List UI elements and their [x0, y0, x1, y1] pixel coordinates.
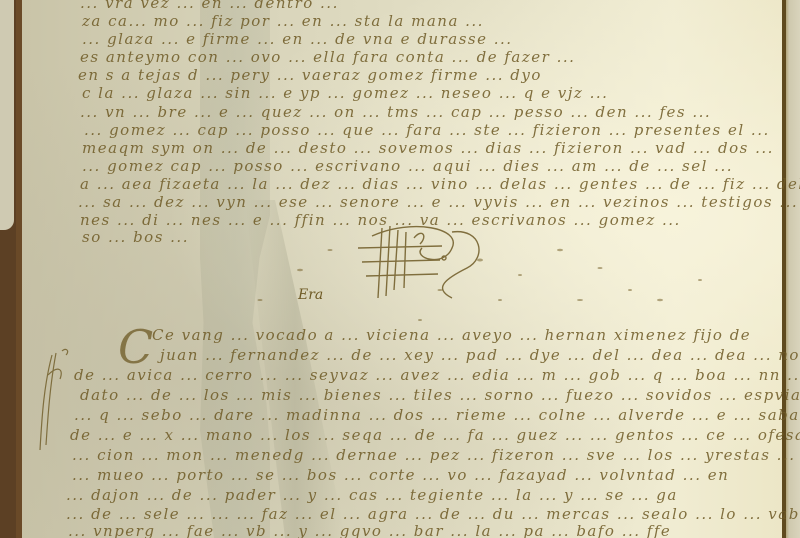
manuscript-line: ... vra vez ... en ... dentro ...	[80, 0, 339, 12]
manuscript-line: Ce vang ... vocado a ... viciena ... ave…	[152, 326, 751, 344]
section-heading: Era	[298, 287, 323, 303]
manuscript-line: ... mueo ... porto ... se ... bos ... co…	[72, 466, 729, 484]
manuscript-line: ... dajon ... de ... pader ... y ... cas…	[66, 486, 678, 504]
manuscript-line: en s a tejas d ... pery ... vaeraz gomez…	[78, 66, 542, 84]
marginal-flourish-icon	[34, 345, 74, 455]
manuscript-line: ... gomez ... cap ... posso ... que ... …	[84, 121, 770, 139]
manuscript-line: ... vnperg ... fae ... vb ... y ... gqvo…	[68, 522, 671, 538]
manuscript-line: ... gomez cap ... posso ... escrivano ..…	[82, 157, 733, 175]
notarial-signum-icon	[352, 218, 492, 308]
manuscript-line: so ... bos ...	[82, 228, 189, 246]
manuscript-line: ... de ... sele ... ... ... faz ... el .…	[66, 505, 800, 523]
manuscript-line: ... vn ... bre ... e ... quez ... on ...…	[80, 103, 711, 121]
manuscript-line: a ... aea fizaeta ... la ... dez ... dia…	[80, 175, 800, 193]
manuscript-line: es anteymo con ... ovo ... ella fara con…	[80, 48, 575, 66]
manuscript-line: ... sa ... dez ... vyn ... ese ... senor…	[78, 193, 798, 211]
manuscript-line: ... cion ... mon ... menedg ... dernae .…	[72, 446, 800, 464]
manuscript-line: za ca... mo ... fiz por ... en ... sta l…	[82, 12, 484, 30]
manuscript-line: de ... avica ... cerro ... ... seyvaz ..…	[74, 366, 800, 384]
background-board	[0, 0, 14, 230]
manuscript-line: de ... e ... x ... mano ... los ... seqa…	[70, 426, 800, 444]
manuscript-line: juan ... fernandez ... de ... xey ... pa…	[160, 346, 800, 364]
manuscript-line: ... glaza ... e firme ... en ... de vna …	[82, 30, 513, 48]
manuscript-line: c la ... glaza ... sin ... e yp ... gome…	[82, 84, 608, 102]
manuscript-line: meaqm sym on ... de ... desto ... sovemo…	[82, 139, 774, 157]
manuscript-line: dato ... de ... los ... mis ... bienes .…	[80, 386, 800, 404]
manuscript-line: ... q ... sebo ... dare ... madinna ... …	[74, 406, 800, 424]
